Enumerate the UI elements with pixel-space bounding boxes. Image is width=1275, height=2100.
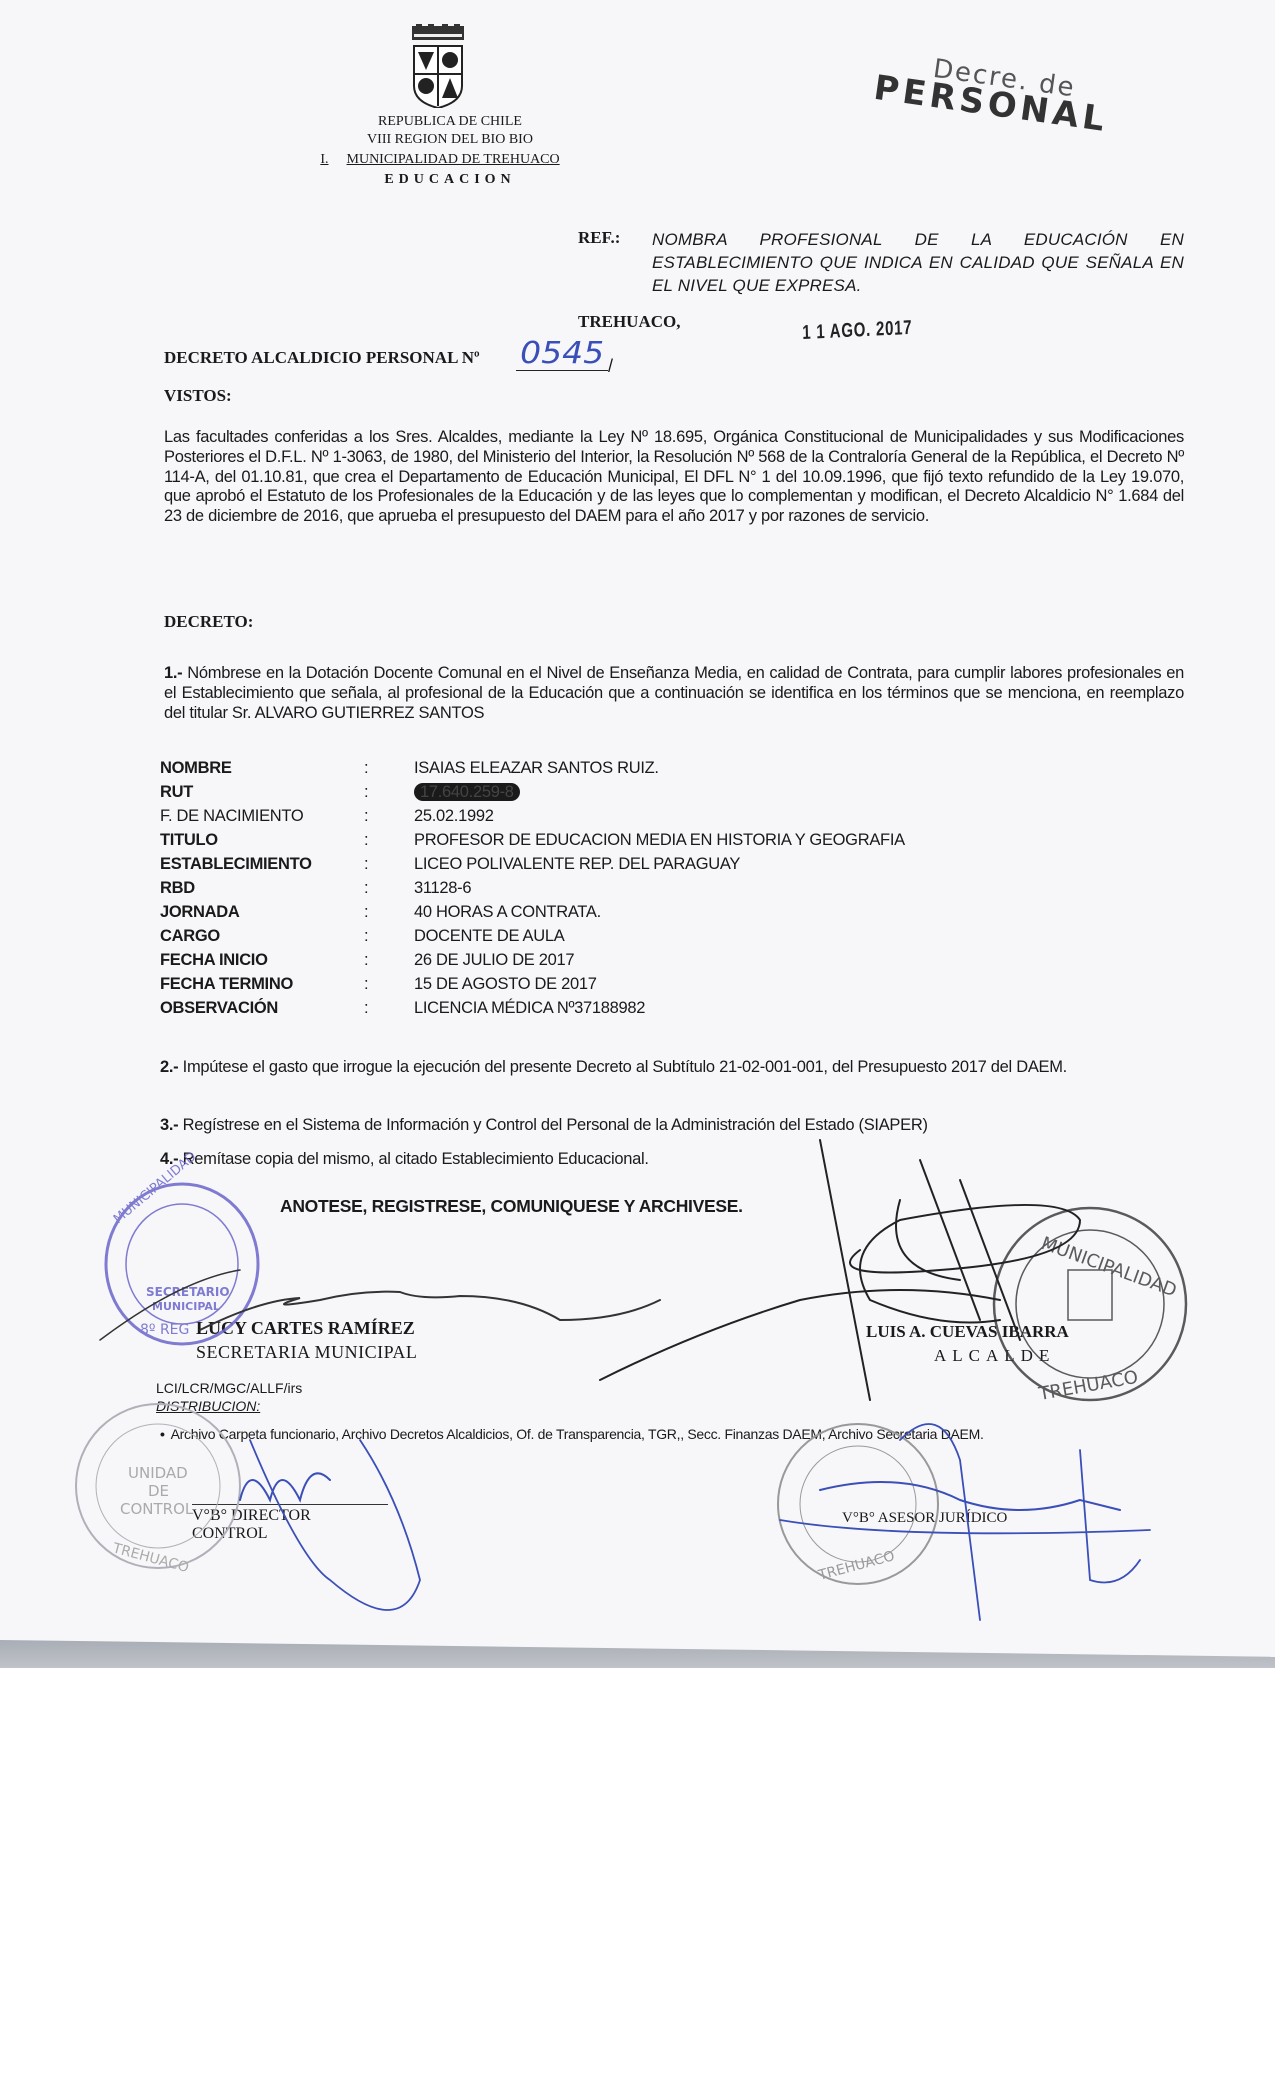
handwritten-signatures [100,1140,1150,1620]
mayor-seal-icon: MUNICIPALIDAD TREHUACO [994,1208,1186,1405]
control-seal-icon: UNIDAD DE CONTROL TREHUACO [76,1404,240,1576]
svg-text:MUNICIPALIDAD: MUNICIPALIDAD [111,1149,199,1227]
svg-text:CONTROL: CONTROL [120,1500,194,1518]
svg-text:MUNICIPALIDAD: MUNICIPALIDAD [1038,1233,1179,1301]
svg-text:UNIDAD: UNIDAD [128,1464,188,1482]
scanned-document-page: REPUBLICA DE CHILE VIII REGION DEL BIO B… [0,0,1275,1660]
svg-text:MUNICIPAL: MUNICIPAL [152,1300,220,1313]
legal-seal-icon: TREHUACO [778,1424,938,1584]
svg-text:DE: DE [148,1482,169,1500]
svg-text:TREHUACO: TREHUACO [110,1540,190,1576]
seals-and-signatures: MUNICIPALIDAD SECRETARIO MUNICIPAL 8º RE… [0,0,1275,1660]
svg-text:8º REG: 8º REG [140,1322,189,1338]
